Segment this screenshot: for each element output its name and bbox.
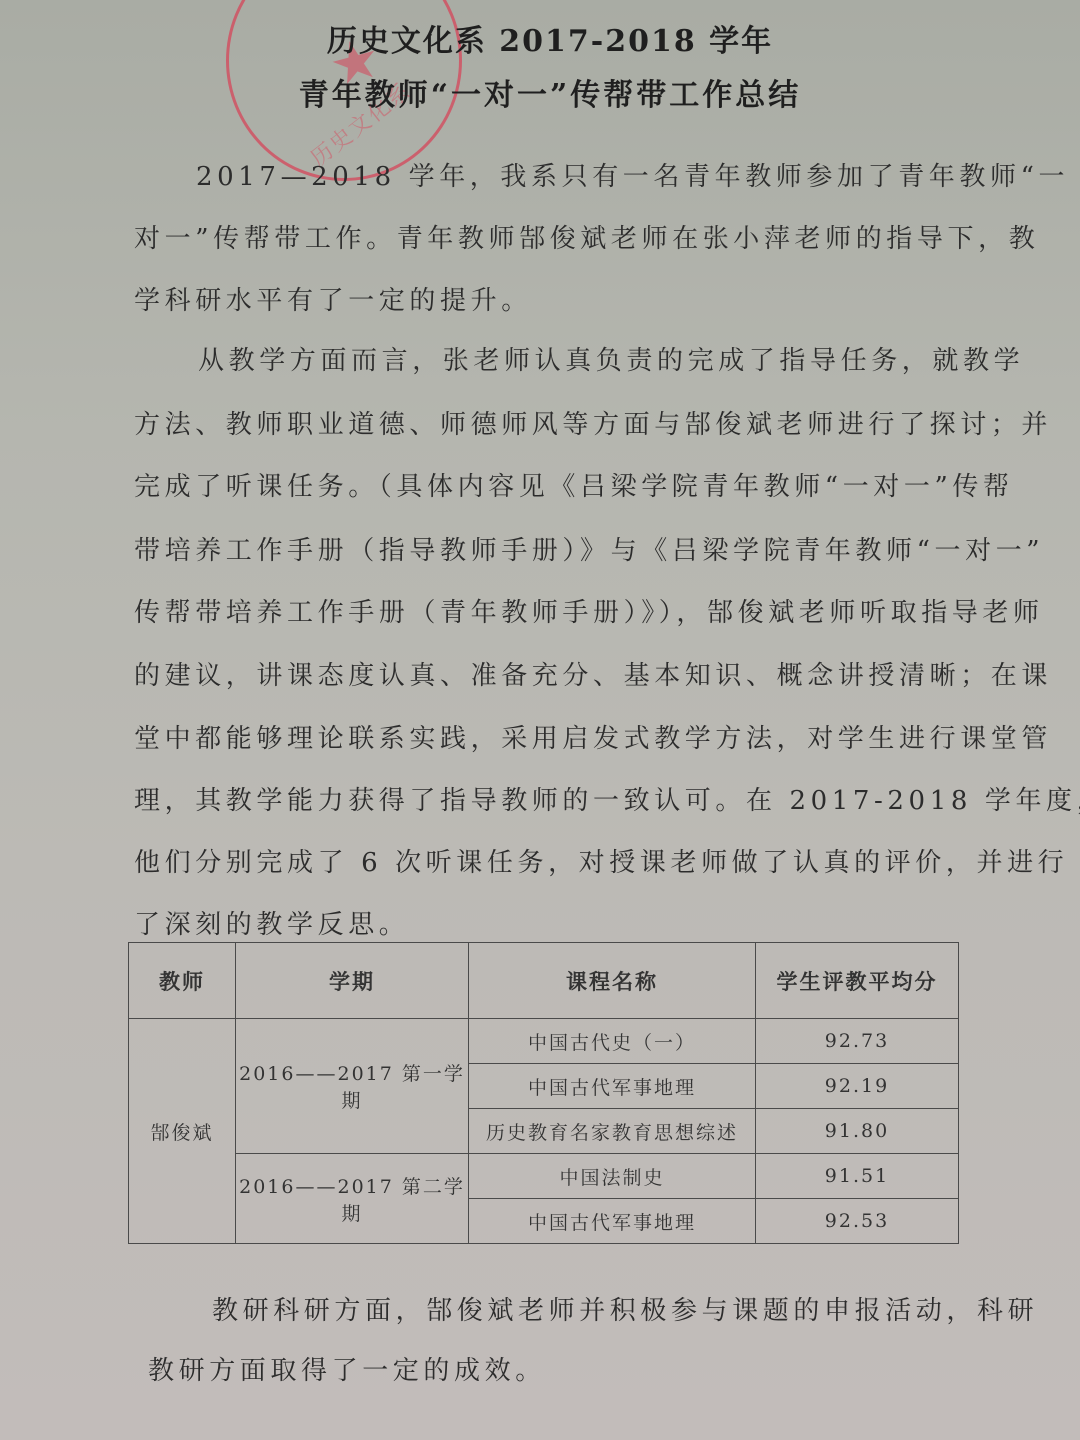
score-cell: 91.80 [756,1109,959,1154]
course-name-cell: 中国古代史（一） [469,1019,756,1064]
header-course-name: 课程名称 [469,943,756,1019]
paragraph-2-line-9: 他们分别完成了 6 次听课任务，对授课老师做了认真的评价，并进行 [134,842,1068,879]
paragraph-3-line-2: 教研方面取得了一定的成效。 [148,1350,546,1387]
paragraph-2-line-5: 传帮带培养工作手册（青年教师手册）》），郜俊斌老师听取指导老师 [134,592,1044,629]
document-page: ★ 历史文化系 历史文化系 2017-2018 学年 青年教师“一对一”传帮带工… [0,0,1080,1440]
term-cell: 2016——2017 第一学期 [236,1019,469,1154]
table-header-row: 教师 学期 课程名称 学生评教平均分 [129,943,959,1019]
header-teacher: 教师 [129,943,236,1019]
table-row: 2016——2017 第二学期 中国法制史 91.51 [129,1154,959,1199]
paragraph-2-line-7: 堂中都能够理论联系实践，采用启发式教学方法，对学生进行课堂管 [134,718,1052,755]
term-cell: 2016——2017 第二学期 [236,1154,469,1244]
paragraph-2-line-8: 理，其教学能力获得了指导教师的一致认可。在 2017-2018 学年度， [134,780,1080,817]
paragraph-2-line-6: 的建议，讲课态度认真、准备充分、基本知识、概念讲授清晰；在课 [134,655,1052,692]
score-cell: 92.73 [756,1019,959,1064]
course-name-cell: 中国古代军事地理 [469,1064,756,1109]
score-cell: 91.51 [756,1154,959,1199]
score-cell: 92.53 [756,1199,959,1244]
paragraph-2-line-10: 了深刻的教学反思。 [134,904,409,941]
paragraph-1-line-1: 2017—2018 学年，我系只有一名青年教师参加了青年教师“一 [196,156,1069,193]
course-name-cell: 中国法制史 [469,1154,756,1199]
paragraph-2-line-3: 完成了听课任务。（具体内容见《吕梁学院青年教师“一对一”传帮 [134,466,1014,503]
header-term: 学期 [236,943,469,1019]
course-name-cell: 历史教育名家教育思想综述 [469,1109,756,1154]
paragraph-3-line-1: 教研科研方面，郜俊斌老师并积极参与课题的申报活动，科研 [212,1290,1038,1327]
header-average-score: 学生评教平均分 [756,943,959,1019]
paragraph-1-line-2: 对一”传帮带工作。青年教师郜俊斌老师在张小萍老师的指导下，教 [134,218,1039,255]
score-cell: 92.19 [756,1064,959,1109]
paragraph-2-line-4: 带培养工作手册（指导教师手册）》与《吕梁学院青年教师“一对一” [134,530,1044,567]
paragraph-1-line-3: 学科研水平有了一定的提升。 [134,280,532,317]
table-row: 郜俊斌 2016——2017 第一学期 中国古代史（一） 92.73 [129,1019,959,1064]
course-name-cell: 中国古代军事地理 [469,1199,756,1244]
document-title-line-1: 历史文化系 2017-2018 学年 [10,16,1080,60]
paragraph-2-line-1: 从教学方面而言，张老师认真负责的完成了指导任务，就教学 [198,340,1024,377]
teaching-evaluation-table: 教师 学期 课程名称 学生评教平均分 郜俊斌 2016——2017 第一学期 中… [128,942,959,1244]
document-title-line-2: 青年教师“一对一”传帮带工作总结 [10,70,1080,114]
paragraph-2-line-2: 方法、教师职业道德、师德师风等方面与郜俊斌老师进行了探讨；并 [134,404,1052,441]
teacher-name-cell: 郜俊斌 [129,1019,236,1244]
